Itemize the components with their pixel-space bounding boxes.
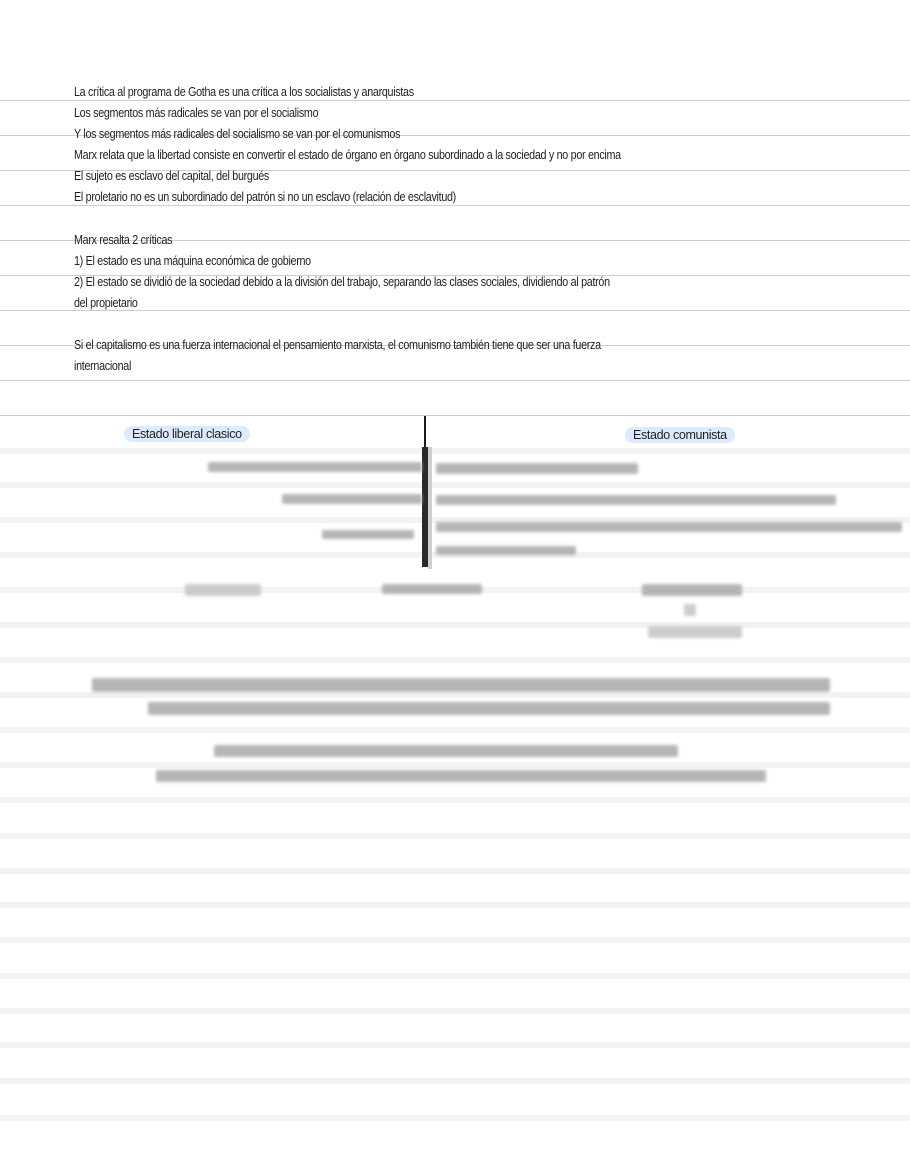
ruled-line	[0, 1115, 910, 1121]
ruled-line	[0, 448, 910, 454]
ruled-line	[0, 727, 910, 733]
blurred-text	[436, 463, 638, 474]
blurred-text	[382, 584, 482, 594]
heading-estado-comunista: Estado comunista	[625, 427, 735, 443]
note-line: Y los segmentos más radicales del social…	[74, 127, 400, 141]
blurred-text	[684, 604, 696, 616]
ruled-line	[0, 482, 910, 488]
blurred-text	[282, 494, 422, 504]
note-line: del propietario	[74, 296, 138, 310]
column-divider-bar	[422, 447, 428, 567]
ruled-line	[0, 100, 910, 101]
blurred-text	[208, 462, 422, 472]
blurred-text	[642, 584, 742, 596]
ruled-line	[0, 310, 910, 311]
ruled-line	[0, 1008, 910, 1014]
ruled-line	[0, 973, 910, 979]
note-line: Los segmentos más radicales se van por e…	[74, 106, 318, 120]
ruled-line	[0, 622, 910, 628]
blurred-text	[648, 626, 742, 638]
blurred-text	[92, 678, 830, 692]
note-line: El proletario no es un subordinado del p…	[74, 190, 456, 204]
note-line: internacional	[74, 359, 131, 373]
ruled-line	[0, 1042, 910, 1048]
column-divider	[424, 416, 426, 448]
note-line: 1) El estado es una máquina económica de…	[74, 254, 311, 268]
note-line: Si el capitalismo es una fuerza internac…	[74, 338, 601, 352]
ruled-line	[0, 833, 910, 839]
notebook-page: La crítica al programa de Gotha es una c…	[0, 0, 910, 1176]
ruled-line	[0, 380, 910, 381]
ruled-line	[0, 762, 910, 768]
ruled-line	[0, 205, 910, 206]
blurred-text	[156, 770, 766, 782]
blurred-text	[322, 530, 414, 539]
ruled-line	[0, 415, 910, 416]
blurred-text	[436, 522, 902, 532]
note-line: El sujeto es esclavo del capital, del bu…	[74, 169, 269, 183]
note-line: La crítica al programa de Gotha es una c…	[74, 85, 414, 99]
ruled-line	[0, 797, 910, 803]
blurred-text	[436, 546, 576, 555]
note-line: Marx resalta 2 críticas	[74, 233, 172, 247]
ruled-line	[0, 937, 910, 943]
heading-estado-liberal: Estado liberal clasico	[124, 426, 250, 442]
ruled-line	[0, 657, 910, 663]
ruled-line	[0, 868, 910, 874]
blurred-text	[214, 745, 678, 757]
ruled-line	[0, 1078, 910, 1084]
ruled-line	[0, 902, 910, 908]
note-line: 2) El estado se dividió de la sociedad d…	[74, 275, 610, 289]
blurred-text	[148, 702, 830, 715]
ruled-line	[0, 692, 910, 698]
blurred-text	[185, 584, 261, 596]
column-divider-shadow	[428, 447, 432, 569]
blurred-text	[436, 495, 836, 505]
note-line: Marx relata que la libertad consiste en …	[74, 148, 621, 162]
